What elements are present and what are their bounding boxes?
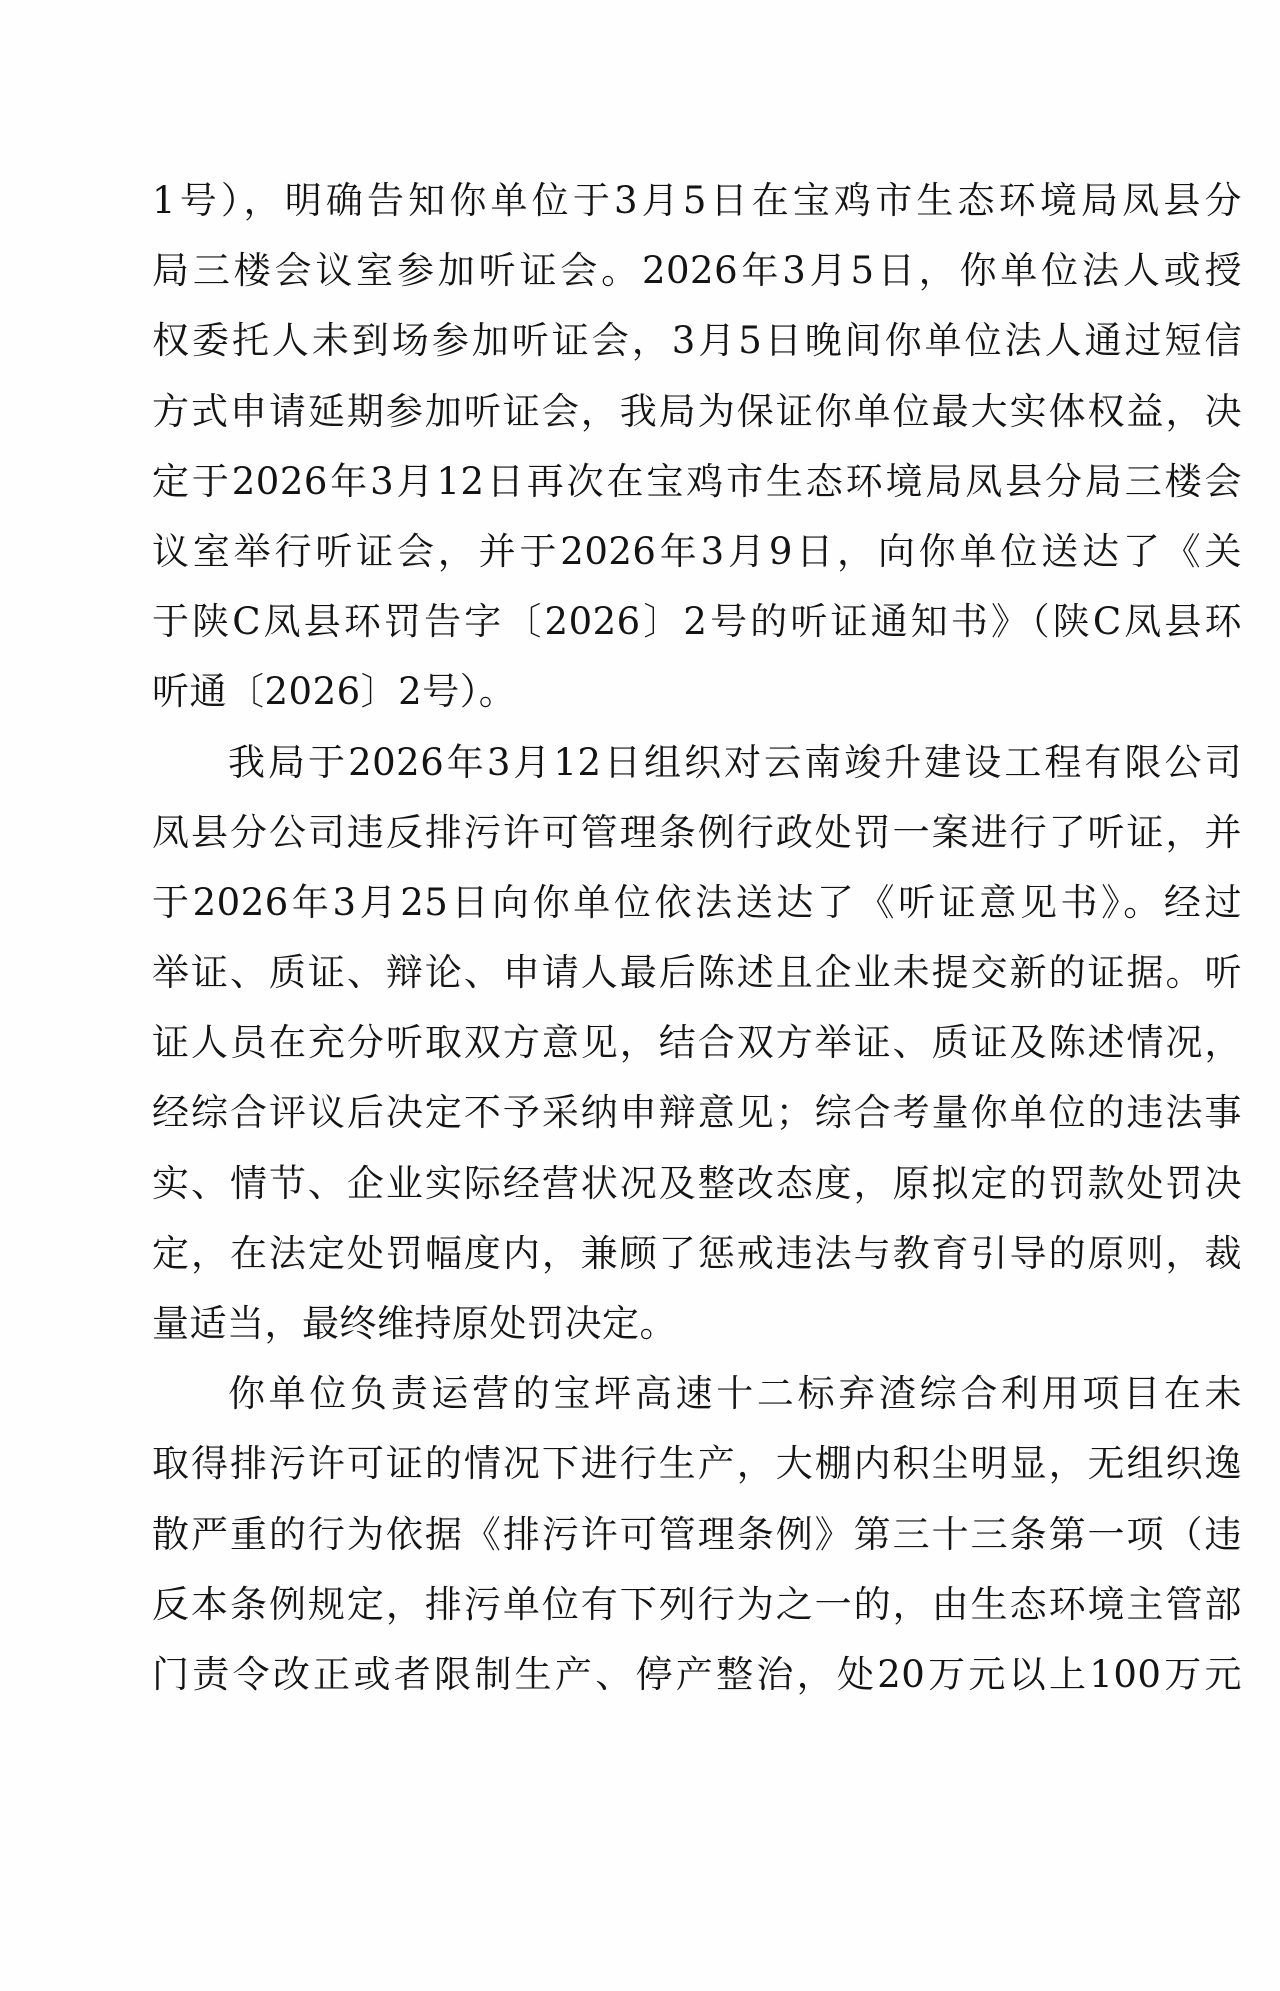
text-line: 你单位负责运营的宝坪高速十二标弃渣综合利用项目在未: [152, 1359, 1242, 1429]
text-line: 1号），明确告知你单位于3月5日在宝鸡市生态环境局凤县分: [152, 166, 1242, 236]
text-line: 定，在法定处罚幅度内，兼顾了惩戒违法与教育引导的原则，裁: [152, 1219, 1242, 1289]
text-line: 量适当，最终维持原处罚决定。: [152, 1289, 1242, 1359]
text-line: 权委托人未到场参加听证会，3月5日晚间你单位法人通过短信: [152, 306, 1242, 376]
text-line: 局三楼会议室参加听证会。2026年3月5日，你单位法人或授: [152, 236, 1242, 306]
text-line: 于陕C凤县环罚告字〔2026〕2号的听证通知书》（陕C凤县环: [152, 587, 1242, 657]
text-line: 于2026年3月25日向你单位依法送达了《听证意见书》。经过: [152, 868, 1242, 938]
text-line: 证人员在充分听取双方意见，结合双方举证、质证及陈述情况，: [152, 1008, 1242, 1078]
text-line: 反本条例规定，排污单位有下列行为之一的，由生态环境主管部: [152, 1570, 1242, 1640]
text-line: 实、情节、企业实际经营状况及整改态度，原拟定的罚款处罚决: [152, 1149, 1242, 1219]
text-line: 门责令改正或者限制生产、停产整治，处20万元以上100万元: [152, 1640, 1242, 1710]
paragraph-2: 我局于2026年3月12日组织对云南竣升建设工程有限公司 凤县分公司违反排污许可…: [152, 728, 1242, 1360]
text-line: 定于2026年3月12日再次在宝鸡市生态环境局凤县分局三楼会: [152, 447, 1242, 517]
text-line: 凤县分公司违反排污许可管理条例行政处罚一案进行了听证，并: [152, 798, 1242, 868]
text-line: 散严重的行为依据《排污许可管理条例》第三十三条第一项（违: [152, 1500, 1242, 1570]
paragraph-1: 1号），明确告知你单位于3月5日在宝鸡市生态环境局凤县分 局三楼会议室参加听证会…: [152, 166, 1242, 728]
text-line: 方式申请延期参加听证会，我局为保证你单位最大实体权益，决: [152, 377, 1242, 447]
text-line: 举证、质证、辩论、申请人最后陈述且企业未提交新的证据。听: [152, 938, 1242, 1008]
text-line: 我局于2026年3月12日组织对云南竣升建设工程有限公司: [152, 728, 1242, 798]
text-line: 取得排污许可证的情况下进行生产，大棚内积尘明显，无组织逸: [152, 1429, 1242, 1499]
paragraph-3: 你单位负责运营的宝坪高速十二标弃渣综合利用项目在未 取得排污许可证的情况下进行生…: [152, 1359, 1242, 1710]
document-page: 1号），明确告知你单位于3月5日在宝鸡市生态环境局凤县分 局三楼会议室参加听证会…: [0, 0, 1280, 1991]
text-line: 经综合评议后决定不予采纳申辩意见；综合考量你单位的违法事: [152, 1078, 1242, 1148]
document-body: 1号），明确告知你单位于3月5日在宝鸡市生态环境局凤县分 局三楼会议室参加听证会…: [152, 166, 1242, 1710]
text-line: 议室举行听证会，并于2026年3月9日，向你单位送达了《关: [152, 517, 1242, 587]
text-line: 听通〔2026〕2号）。: [152, 657, 1242, 727]
